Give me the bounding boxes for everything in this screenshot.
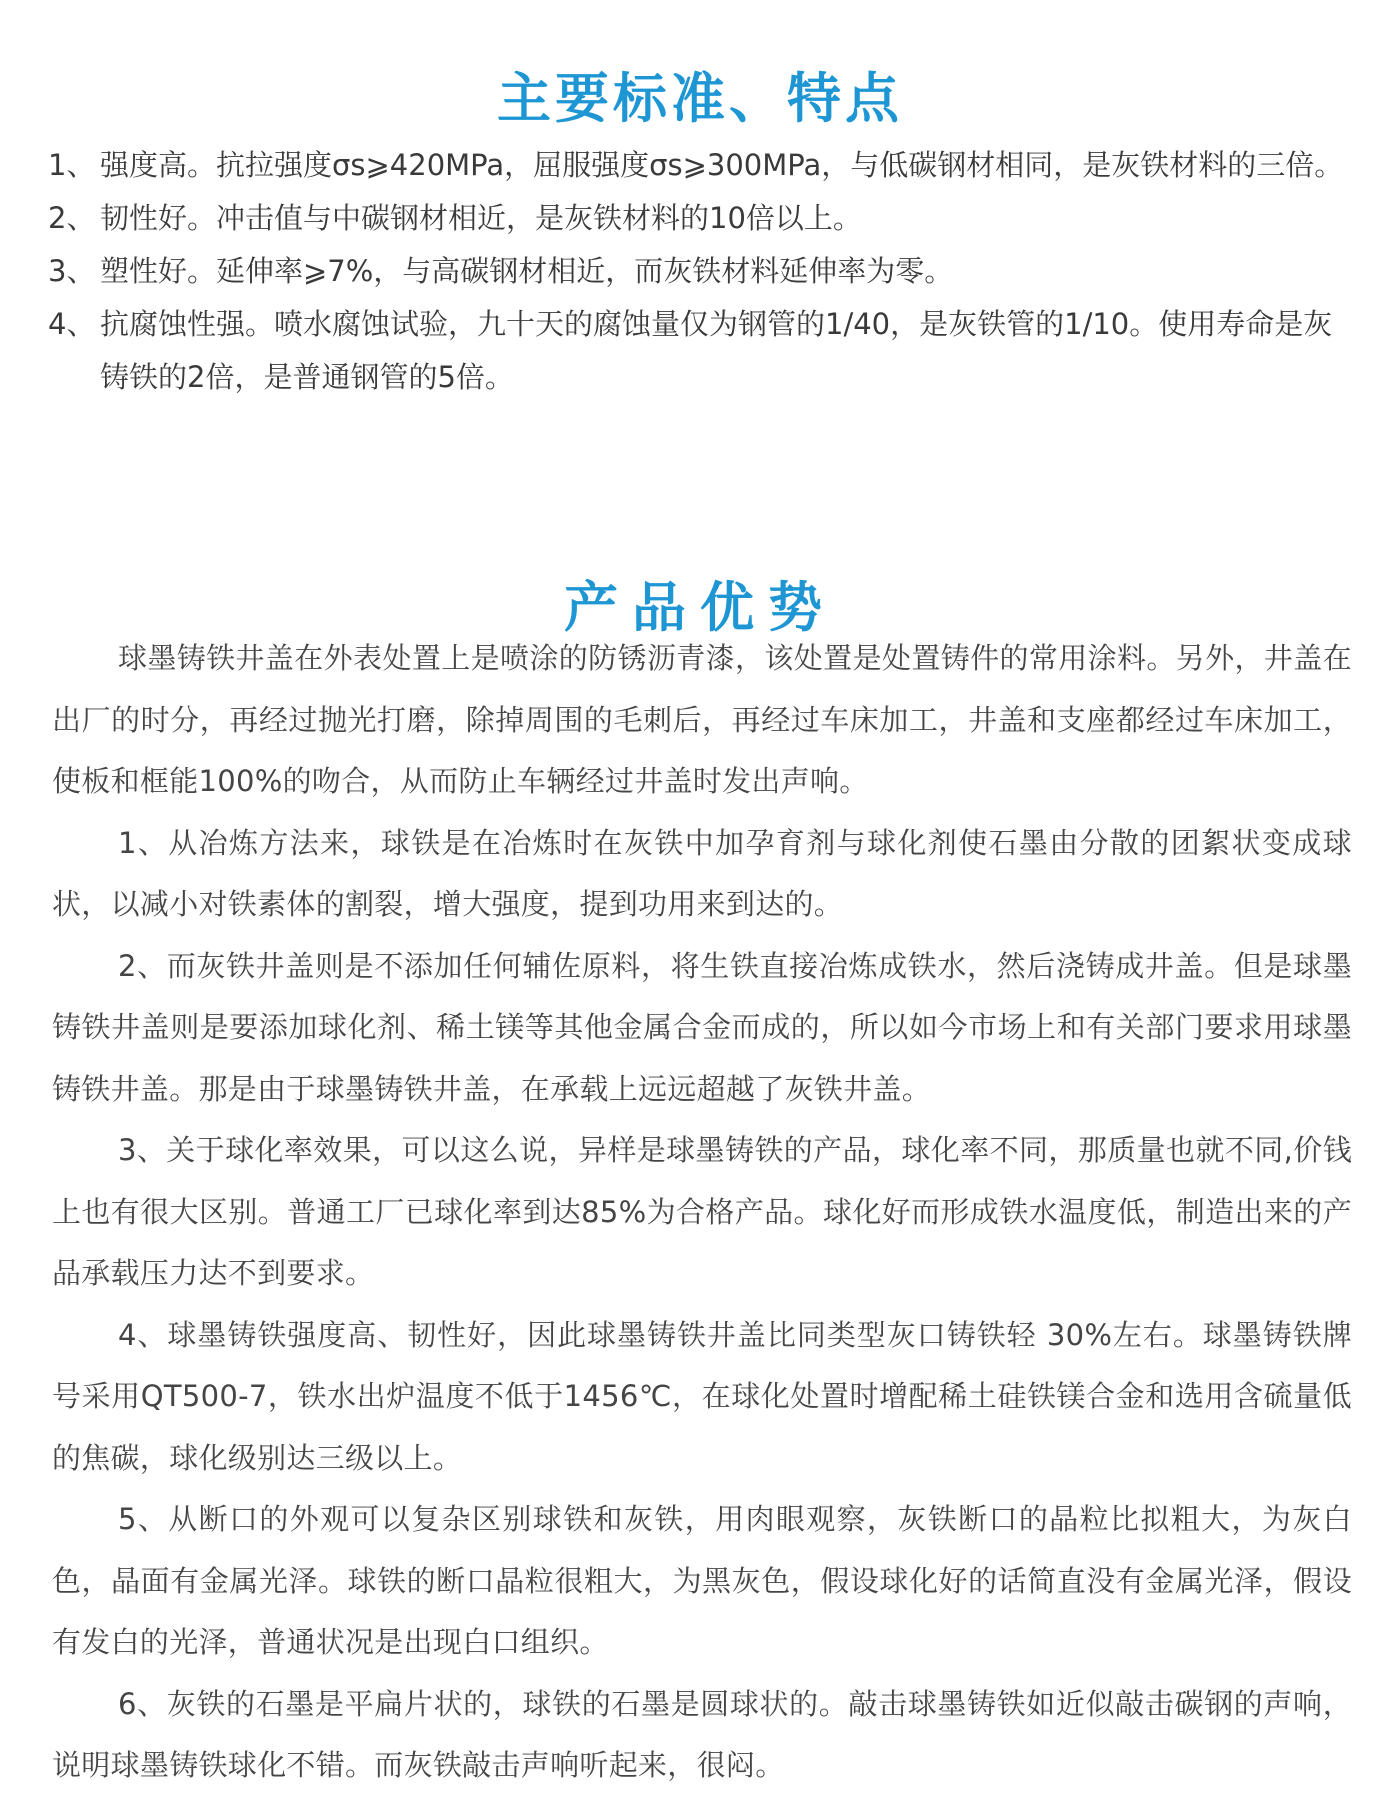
feature-item: 1、 强度高。抗拉强度σs⩾420MPa，屈服强度σs⩾300MPa，与低碳钢材… <box>48 139 1348 192</box>
paragraph-point-6: 6、灰铁的石墨是平扁片状的，球铁的石墨是圆球状的。敲击球墨铸铁如近似敲击碳钢的声… <box>52 1674 1352 1797</box>
feature-list: 1、 强度高。抗拉强度σs⩾420MPa，屈服强度σs⩾300MPa，与低碳钢材… <box>48 139 1348 404</box>
feature-number: 1、 <box>48 139 100 192</box>
feature-item: 3、 塑性好。延伸率⩾7%，与高碳钢材相近，而灰铁材料延伸率为零。 <box>48 245 1348 298</box>
paragraph-point-4: 4、球墨铸铁强度高、韧性好，因此球墨铸铁井盖比同类型灰口铸铁轻 30%左右。球墨… <box>52 1305 1352 1490</box>
paragraph-intro: 球墨铸铁井盖在外表处置上是喷涂的防锈沥青漆，该处置是处置铸件的常用涂料。另外，井… <box>52 628 1352 813</box>
feature-item: 4、 抗腐蚀性强。喷水腐蚀试验，九十天的腐蚀量仅为钢管的1/40，是灰铁管的1/… <box>48 298 1348 404</box>
paragraph-point-1: 1、从冶炼方法来，球铁是在冶炼时在灰铁中加孕育剂与球化剂使石墨由分散的团絮状变成… <box>52 813 1352 936</box>
feature-text: 抗腐蚀性强。喷水腐蚀试验，九十天的腐蚀量仅为钢管的1/40，是灰铁管的1/10。… <box>100 298 1348 404</box>
feature-text: 韧性好。冲击值与中碳钢材相近，是灰铁材料的10倍以上。 <box>100 192 1348 245</box>
feature-number: 4、 <box>48 298 100 404</box>
section-title-standards: 主要标准、特点 <box>0 64 1400 134</box>
feature-text: 塑性好。延伸率⩾7%，与高碳钢材相近，而灰铁材料延伸率为零。 <box>100 245 1348 298</box>
advantages-body: 球墨铸铁井盖在外表处置上是喷涂的防锈沥青漆，该处置是处置铸件的常用涂料。另外，井… <box>52 628 1352 1797</box>
feature-number: 3、 <box>48 245 100 298</box>
paragraph-point-5: 5、从断口的外观可以复杂区别球铁和灰铁，用肉眼观察，灰铁断口的晶粒比拟粗大，为灰… <box>52 1489 1352 1674</box>
feature-item: 2、 韧性好。冲击值与中碳钢材相近，是灰铁材料的10倍以上。 <box>48 192 1348 245</box>
paragraph-point-2: 2、而灰铁井盖则是不添加任何辅佐原料，将生铁直接冶炼成铁水，然后浇铸成井盖。但是… <box>52 936 1352 1121</box>
feature-number: 2、 <box>48 192 100 245</box>
paragraph-point-3: 3、关于球化率效果，可以这么说，异样是球墨铸铁的产品，球化率不同，那质量也就不同… <box>52 1120 1352 1305</box>
feature-text: 强度高。抗拉强度σs⩾420MPa，屈服强度σs⩾300MPa，与低碳钢材相同，… <box>100 139 1348 192</box>
